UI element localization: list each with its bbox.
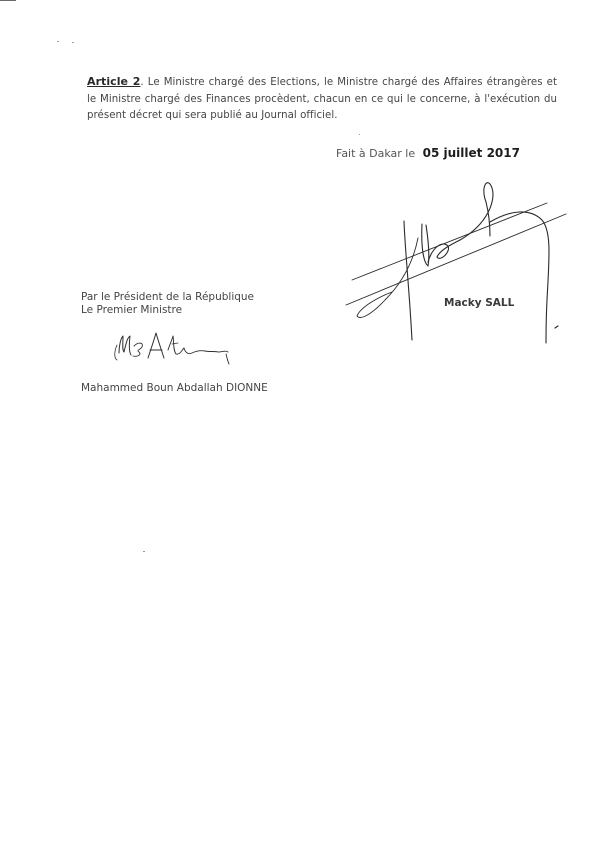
dateline-place: Fait à Dakar le [336, 147, 415, 160]
dateline: Fait à Dakar le 05 juillet 2017 [336, 146, 520, 160]
prime-minister-signature-icon [115, 333, 229, 364]
scan-artifact [0, 0, 16, 1]
article-text: . Le Ministre chargé des Elections, le M… [87, 77, 557, 121]
scan-speck [143, 551, 145, 552]
president-signature-icon [346, 183, 566, 343]
countersignature-line1: Par le Président de la République [81, 291, 254, 304]
scan-speck [72, 42, 74, 43]
prime-minister-name: Mahammed Boun Abdallah DIONNE [81, 382, 268, 394]
article-paragraph: Article 2. Le Ministre chargé des Electi… [87, 74, 557, 125]
countersignature-line2: Le Premier Ministre [81, 304, 254, 317]
article-label: Article 2 [87, 75, 140, 88]
signatures-drawing [0, 0, 599, 847]
dateline-date: 05 juillet 2017 [423, 146, 520, 160]
scan-speck [57, 41, 59, 42]
scan-speck [359, 134, 360, 135]
scanned-document-page: Article 2. Le Ministre chargé des Electi… [0, 0, 599, 847]
president-name: Macky SALL [444, 297, 514, 309]
countersignature-block: Par le Président de la République Le Pre… [81, 291, 254, 317]
